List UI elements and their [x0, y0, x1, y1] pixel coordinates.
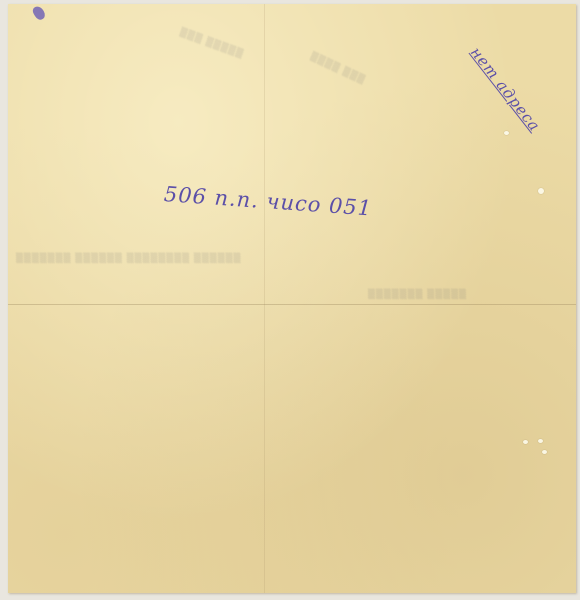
ink-blot-mark — [31, 4, 47, 21]
show-through-text: ▒▒▒▒▒▒▒ ▒▒▒▒▒ — [368, 290, 467, 300]
vertical-fold-line — [264, 4, 265, 593]
show-through-text: ▒▒▒▒▒▒▒ ▒▒▒▒▒▒ ▒▒▒▒▒▒▒▒ ▒▒▒▒▒▒ — [16, 254, 241, 264]
paper-hole — [538, 188, 544, 194]
paper-hole — [523, 440, 528, 444]
corner-handwritten-note: нет адреса — [467, 43, 544, 134]
handwritten-note: 506 п.п. чисо 051 — [163, 182, 373, 220]
paper-hole — [504, 131, 509, 135]
show-through-text: ▒▒▒ ▒▒▒▒▒ — [178, 28, 245, 60]
paper-sheet: ▒▒▒▒▒▒▒ ▒▒▒▒▒▒ ▒▒▒▒▒▒▒▒ ▒▒▒▒▒▒ ▒▒▒▒▒▒▒ ▒… — [8, 4, 576, 593]
paper-hole — [538, 439, 543, 443]
horizontal-fold-line — [8, 304, 576, 305]
show-through-text: ▒▒▒▒ ▒▒▒ — [309, 52, 367, 86]
paper-hole — [542, 450, 547, 454]
